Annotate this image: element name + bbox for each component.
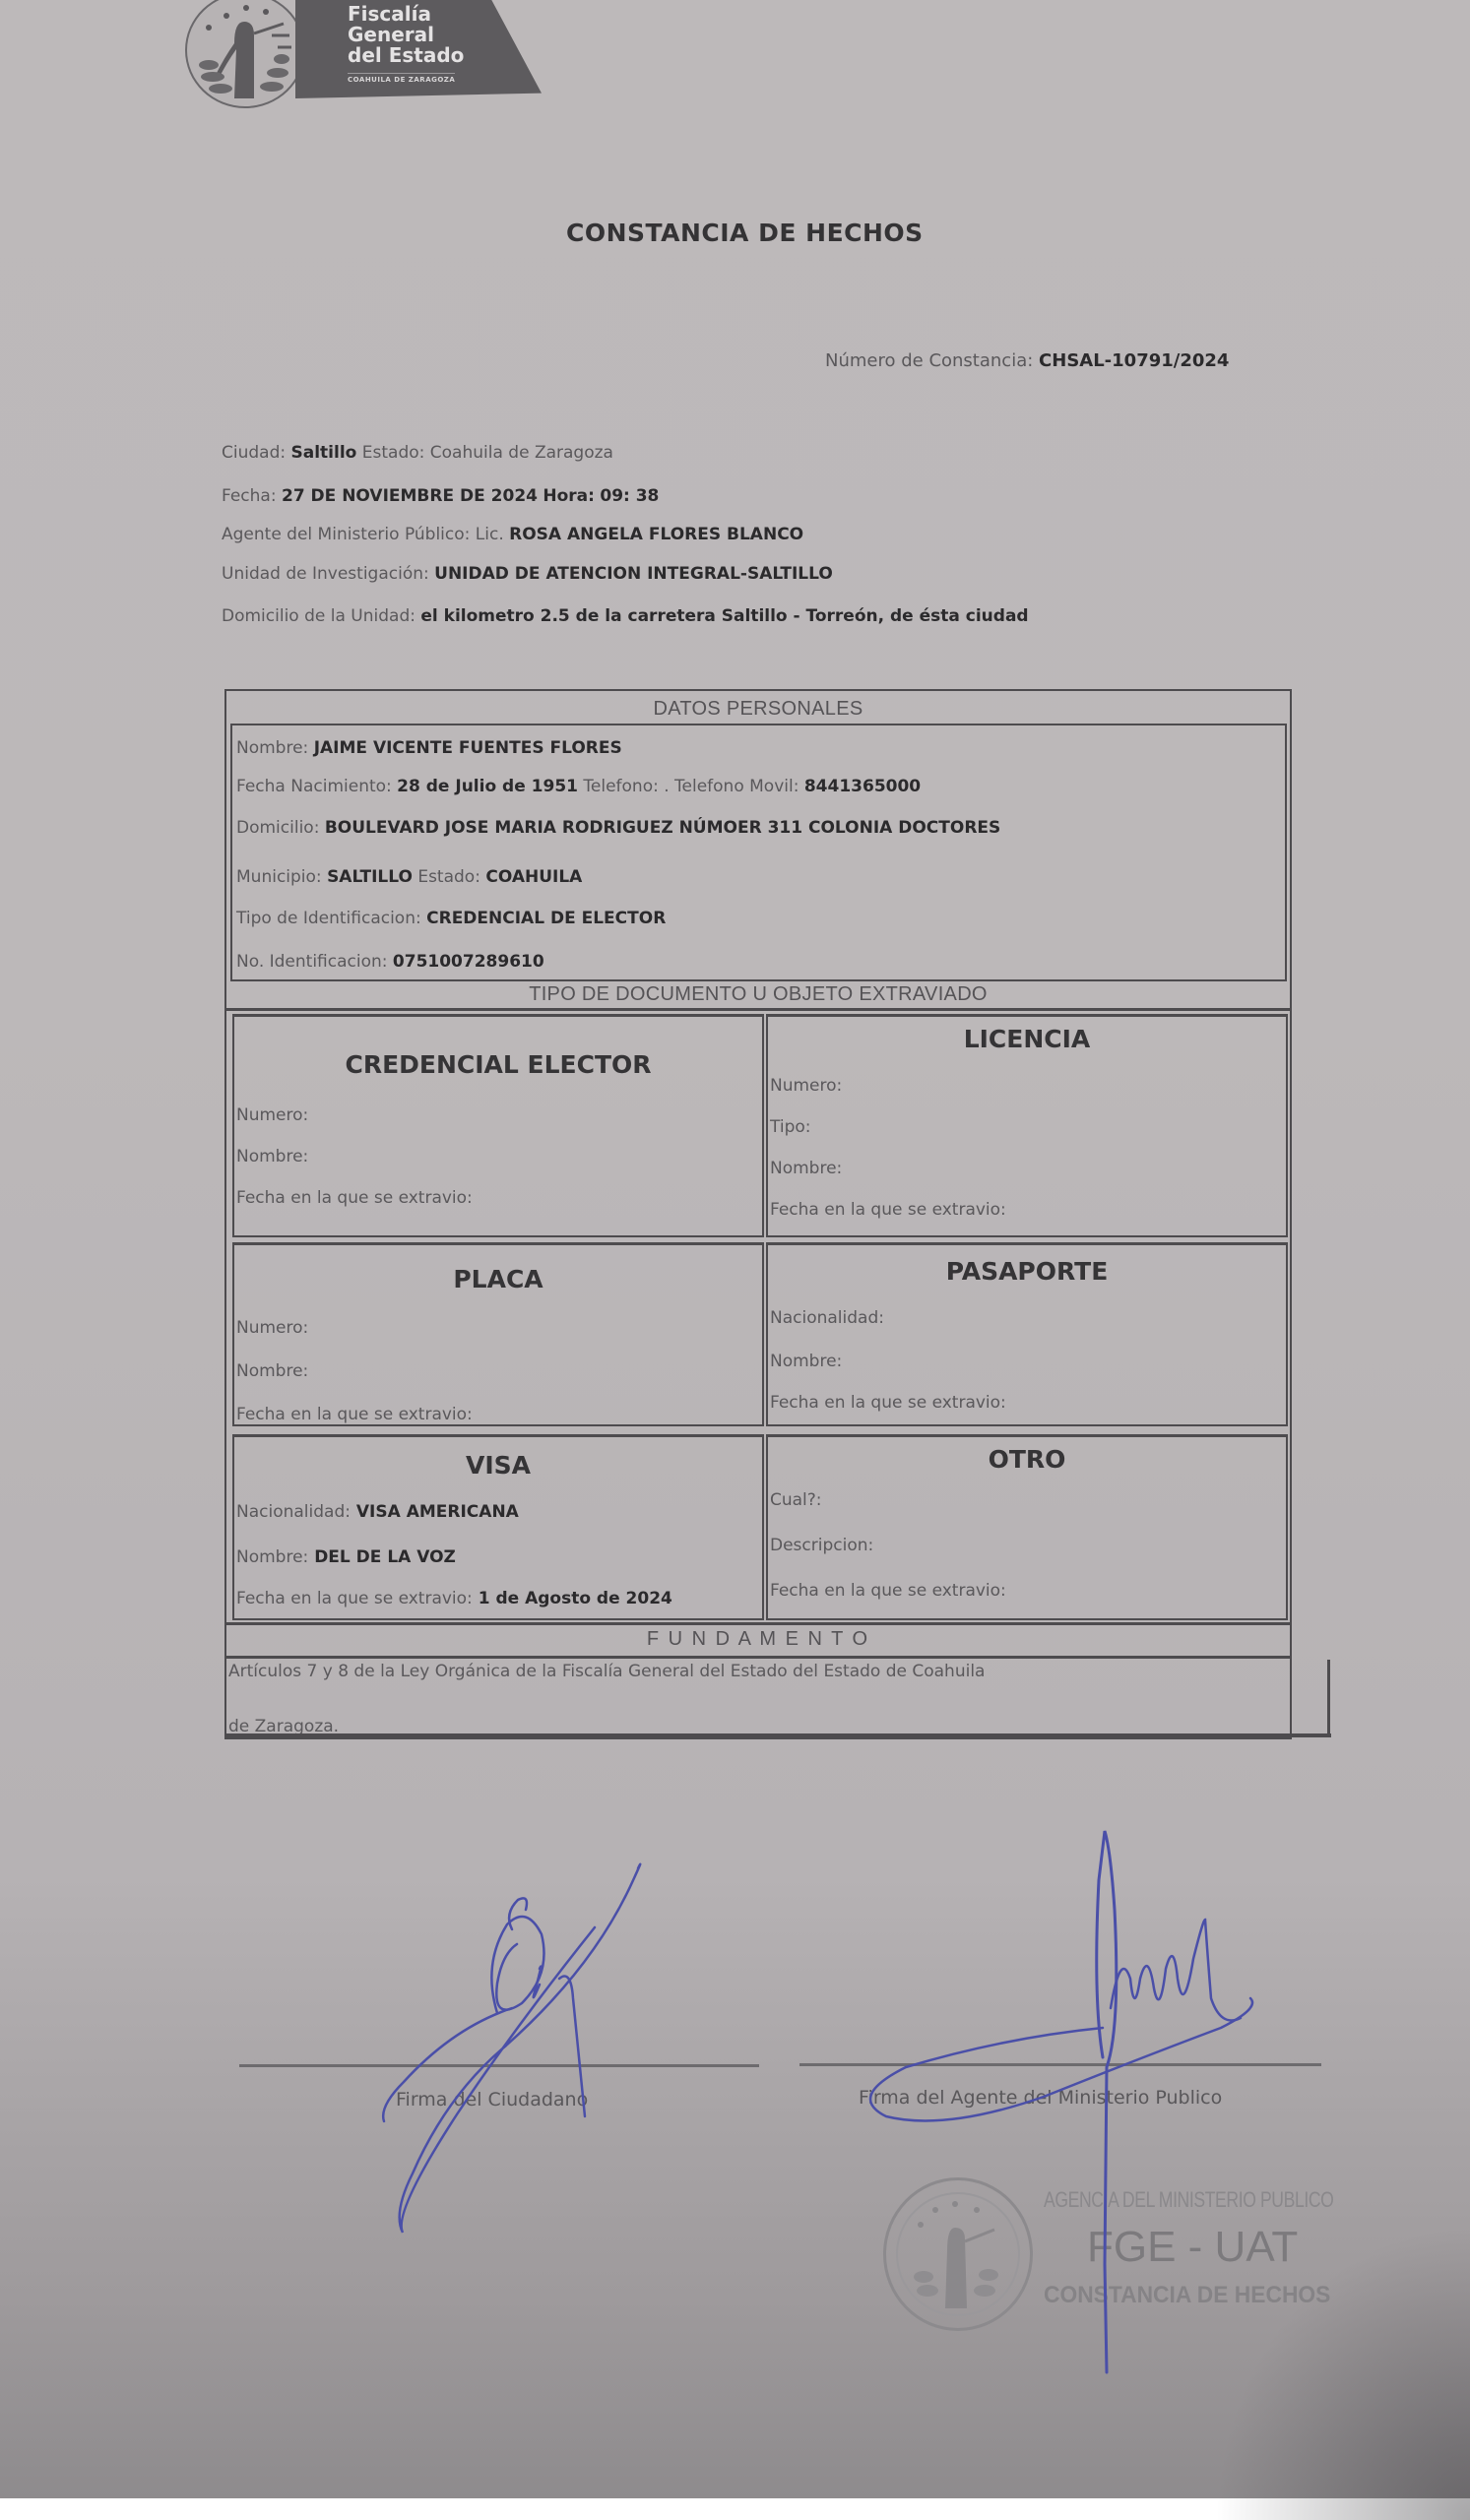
- nombre-label: Nombre:: [236, 738, 308, 758]
- doc-field-value: DEL DE LA VOZ: [308, 1547, 456, 1567]
- doc-field-label: Nombre:: [236, 1147, 308, 1166]
- doc-field: Fecha en la que se extravio:: [770, 1581, 1006, 1601]
- doc-cell-title: OTRO: [768, 1445, 1286, 1474]
- nacimiento-row: Fecha Nacimiento: 28 de Julio de 1951 Te…: [236, 777, 921, 796]
- sello-line-1: AGENCIA DEL MINISTERIO PUBLICO: [1044, 2187, 1333, 2213]
- logo-line-1: Fiscalía: [348, 4, 464, 25]
- fecha-line: Fecha: 27 DE NOVIEMBRE DE 2024 Hora: 09:…: [222, 486, 659, 506]
- doc-field-label: Fecha en la que se extravio:: [770, 1581, 1006, 1601]
- doc-field-label: Numero:: [236, 1105, 308, 1125]
- unidad-label: Unidad de Investigación:: [222, 564, 429, 584]
- divider: [1327, 1660, 1330, 1736]
- doc-field: Numero:: [770, 1076, 842, 1096]
- justice-seal-icon: [883, 2177, 1033, 2331]
- doc-cell-title: PASAPORTE: [768, 1257, 1286, 1286]
- telefono-label: Telefono: . Telefono Movil:: [583, 777, 799, 796]
- nombre-row: Nombre: JAIME VICENTE FUENTES FLORES: [236, 738, 622, 758]
- tipo-documento-header: TIPO DE DOCUMENTO U OBJETO EXTRAVIADO: [226, 983, 1290, 1006]
- datos-personales-header: DATOS PERSONALES: [226, 698, 1290, 721]
- nombre-value: JAIME VICENTE FUENTES FLORES: [314, 738, 622, 758]
- estado-value: Coahuila de Zaragoza: [430, 443, 613, 463]
- domicilio-unidad-label: Domicilio de la Unidad:: [222, 606, 415, 626]
- doc-cell-credencial: CREDENCIAL ELECTORNumero:Nombre:Fecha en…: [232, 1014, 764, 1237]
- logo-line-3: del Estado: [348, 45, 464, 66]
- nacimiento-label: Fecha Nacimiento:: [236, 777, 392, 796]
- sello-line-2: FGE - UAT: [1087, 2223, 1298, 2272]
- fecha-label: Fecha:: [222, 486, 277, 506]
- domicilio-label: Domicilio:: [236, 818, 319, 838]
- doc-field-label: Nombre:: [770, 1159, 842, 1178]
- unidad-value: UNIDAD DE ATENCION INTEGRAL-SALTILLO: [434, 564, 833, 584]
- hora-label: Hora:: [543, 486, 595, 506]
- no-id-value: 0751007289610: [393, 952, 544, 972]
- doc-field: Nombre:: [770, 1352, 842, 1371]
- doc-field: Numero:: [236, 1318, 308, 1338]
- doc-field: Nacionalidad:: [770, 1308, 884, 1328]
- ciudad-line: Ciudad: Saltillo Estado: Coahuila de Zar…: [222, 443, 613, 463]
- numero-constancia: Número de Constancia: CHSAL-10791/2024: [825, 350, 1229, 371]
- domicilio-row: Domicilio: BOULEVARD JOSE MARIA RODRIGUE…: [236, 818, 1000, 838]
- doc-field: Fecha en la que se extravio:: [770, 1200, 1006, 1220]
- domicilio-unidad-value: el kilometro 2.5 de la carretera Saltill…: [420, 606, 1028, 626]
- doc-field-value: VISA AMERICANA: [351, 1502, 519, 1522]
- doc-field-label: Nacionalidad:: [770, 1308, 884, 1328]
- tipo-id-label: Tipo de Identificacion:: [236, 909, 421, 928]
- doc-field-label: Numero:: [770, 1076, 842, 1096]
- estado-dp-value: COAHUILA: [485, 867, 582, 887]
- doc-field: Descripcion:: [770, 1536, 873, 1555]
- doc-field-label: Fecha en la que se extravio:: [236, 1405, 473, 1424]
- doc-cell-placa: PLACANumero:Nombre:Fecha en la que se ex…: [232, 1242, 764, 1426]
- doc-field-value: 1 de Agosto de 2024: [473, 1589, 672, 1608]
- fiscalia-logo: Fiscalía General del Estado COAHUILA DE …: [185, 0, 542, 104]
- doc-field: Nombre: DEL DE LA VOZ: [236, 1547, 456, 1567]
- agente-value: ROSA ANGELA FLORES BLANCO: [509, 525, 803, 544]
- fundamento-header: F U N D A M E N T O: [226, 1628, 1290, 1651]
- logo-line-2: General: [348, 25, 464, 45]
- doc-field-label: Descripcion:: [770, 1536, 873, 1555]
- doc-field-label: Fecha en la que se extravio:: [236, 1589, 473, 1608]
- tipo-id-value: CREDENCIAL DE ELECTOR: [426, 909, 666, 928]
- ciudad-value: Saltillo: [291, 443, 357, 463]
- firma-agente-line: [799, 2063, 1321, 2066]
- doc-field-label: Nombre:: [770, 1352, 842, 1371]
- doc-field-label: Nombre:: [236, 1547, 308, 1567]
- agente-line: Agente del Ministerio Público: Lic. ROSA…: [222, 525, 803, 544]
- doc-field: Nacionalidad: VISA AMERICANA: [236, 1502, 519, 1522]
- nacimiento-value: 28 de Julio de 1951: [397, 777, 578, 796]
- doc-cell-otro: OTROCual?:Descripcion:Fecha en la que se…: [766, 1434, 1288, 1620]
- firma-ciudadano-line: [239, 2064, 759, 2067]
- doc-field-label: Nacionalidad:: [236, 1502, 351, 1522]
- doc-field: Cual?:: [770, 1490, 822, 1510]
- doc-cell-title: VISA: [234, 1451, 762, 1480]
- hora-value: 09: 38: [600, 486, 659, 506]
- numero-label: Número de Constancia:: [825, 350, 1033, 371]
- doc-field: Fecha en la que se extravio: 1 de Agosto…: [236, 1589, 672, 1608]
- doc-field: Numero:: [236, 1105, 308, 1125]
- doc-field-label: Tipo:: [770, 1117, 811, 1137]
- doc-field: Nombre:: [236, 1361, 308, 1381]
- no-id-row: No. Identificacion: 0751007289610: [236, 952, 544, 972]
- divider: [226, 1008, 1290, 1011]
- tipo-id-row: Tipo de Identificacion: CREDENCIAL DE EL…: [236, 909, 666, 928]
- logo-subtitle: COAHUILA DE ZARAGOZA: [348, 73, 455, 84]
- doc-cell-pasaporte: PASAPORTENacionalidad:Nombre:Fecha en la…: [766, 1242, 1288, 1426]
- doc-field-label: Nombre:: [236, 1361, 308, 1381]
- doc-field: Nombre:: [770, 1159, 842, 1178]
- municipio-label: Municipio:: [236, 867, 322, 887]
- page-title: CONSTANCIA DE HECHOS: [566, 219, 924, 247]
- doc-field: Tipo:: [770, 1117, 811, 1137]
- divider: [226, 1656, 1290, 1659]
- doc-field-label: Cual?:: [770, 1490, 822, 1510]
- fecha-value: 27 DE NOVIEMBRE DE 2024: [282, 486, 538, 506]
- doc-field: Fecha en la que se extravio:: [770, 1393, 1006, 1413]
- sello-line-3: CONSTANCIA DE HECHOS: [1044, 2282, 1330, 2309]
- datos-personales-section: [230, 724, 1287, 981]
- logo-text: Fiscalía General del Estado: [348, 4, 464, 66]
- fundamento-text-line-1: Artículos 7 y 8 de la Ley Orgánica de la…: [228, 1662, 985, 1681]
- divider: [226, 1622, 1290, 1625]
- doc-field: Nombre:: [236, 1147, 308, 1166]
- doc-cell-title: CREDENCIAL ELECTOR: [234, 1050, 762, 1079]
- doc-field-label: Fecha en la que se extravio:: [236, 1188, 473, 1208]
- doc-field: Fecha en la que se extravio:: [236, 1405, 473, 1424]
- justice-scales-emblem-icon: [185, 0, 305, 108]
- numero-value: CHSAL-10791/2024: [1039, 350, 1229, 371]
- doc-cell-title: PLACA: [234, 1265, 762, 1293]
- movil-value: 8441365000: [804, 777, 921, 796]
- domicilio-value: BOULEVARD JOSE MARIA RODRIGUEZ NÚMOER 31…: [325, 818, 1000, 838]
- doc-field-label: Fecha en la que se extravio:: [770, 1200, 1006, 1220]
- doc-cell-visa: VISANacionalidad: VISA AMERICANANombre: …: [232, 1434, 764, 1620]
- doc-cell-title: LICENCIA: [768, 1025, 1286, 1053]
- firma-agente-label: Firma del Agente del Ministerio Publico: [859, 2087, 1222, 2109]
- firma-ciudadano-label: Firma del Ciudadano: [396, 2089, 588, 2110]
- domicilio-unidad-line: Domicilio de la Unidad: el kilometro 2.5…: [222, 606, 1029, 626]
- unidad-line: Unidad de Investigación: UNIDAD DE ATENC…: [222, 564, 833, 584]
- ciudad-label: Ciudad:: [222, 443, 286, 463]
- doc-field-label: Fecha en la que se extravio:: [770, 1393, 1006, 1413]
- doc-field: Fecha en la que se extravio:: [236, 1188, 473, 1208]
- estado-label: Estado:: [362, 443, 425, 463]
- municipio-value: SALTILLO: [327, 867, 413, 887]
- agente-label: Agente del Ministerio Público: Lic.: [222, 525, 504, 544]
- estado-dp-label: Estado:: [417, 867, 480, 887]
- no-id-label: No. Identificacion:: [236, 952, 388, 972]
- doc-field-label: Numero:: [236, 1318, 308, 1338]
- divider: [224, 1733, 1331, 1737]
- doc-cell-licencia: LICENCIANumero:Tipo:Nombre:Fecha en la q…: [766, 1014, 1288, 1237]
- municipio-row: Municipio: SALTILLO Estado: COAHUILA: [236, 867, 582, 887]
